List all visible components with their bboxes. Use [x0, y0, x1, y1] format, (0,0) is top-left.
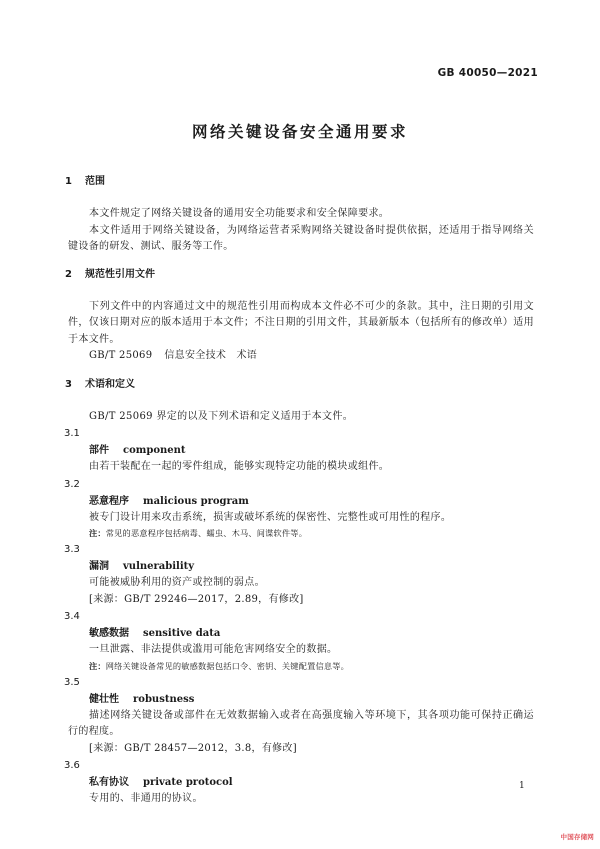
note-text: 网络关键设备常见的敏感数据包括口令、密钥、关键配置信息等。	[106, 661, 349, 671]
term-note: 注：常见的恶意程序包括病毒、蠕虫、木马、间谍软件等。	[68, 526, 534, 541]
term-definition: 由若干装配在一起的零件组成，能够实现特定功能的模块或组件。	[68, 459, 534, 476]
section-title: 范围	[85, 176, 105, 187]
term-en: robustness	[133, 694, 194, 705]
section-1-heading: 1范围	[65, 173, 534, 191]
term-number: 3.2	[64, 476, 534, 493]
term-number: 3.1	[64, 425, 534, 442]
section-title: 术语和定义	[85, 379, 135, 390]
term-name: 健壮性robustness	[68, 691, 534, 708]
term-definition: 被专门设计用来攻击系统，损害或破坏系统的保密性、完整性或可用性的程序。	[68, 510, 534, 527]
term-en: private protocol	[143, 777, 233, 788]
term-definition: 专用的、非通用的协议。	[68, 791, 534, 808]
section-2-heading: 2规范性引用文件	[65, 266, 534, 284]
section-number: 1	[65, 173, 85, 191]
paragraph: 下列文件中的内容通过文中的规范性引用而构成本文件必不可少的条款。其中，注日期的引…	[68, 299, 534, 349]
page-number: 1	[519, 781, 525, 791]
term-definition: 描述网络关键设备或部件在无效数据输入或者在高强度输入等环境下，其各项功能可保持正…	[68, 708, 534, 741]
term-name: 漏洞vulnerability	[68, 558, 534, 575]
reference-title: 信息安全技术 术语	[164, 350, 257, 361]
term-name: 部件component	[68, 442, 534, 459]
term-zh: 部件	[89, 445, 109, 456]
section-3-heading: 3术语和定义	[65, 376, 534, 394]
section-number: 3	[65, 376, 85, 394]
term-en: vulnerability	[123, 561, 194, 572]
standard-code: GB 40050—2021	[438, 67, 538, 79]
normative-reference: GB/T 25069信息安全技术 术语	[68, 348, 534, 365]
paragraph: 本文件适用于网络关键设备，为网络运营者采购网络关键设备时提供依据，还适用于指导网…	[68, 223, 534, 256]
note-label: 注：	[89, 661, 106, 671]
reference-code: GB/T 25069	[89, 350, 152, 361]
term-name: 私有协议private protocol	[68, 774, 534, 791]
document-body: 1范围 本文件规定了网络关键设备的通用安全功能要求和安全保障要求。 本文件适用于…	[68, 173, 534, 808]
watermark-logo: 中国存储网	[561, 832, 595, 841]
section-title: 规范性引用文件	[85, 269, 155, 280]
note-text: 常见的恶意程序包括病毒、蠕虫、木马、间谍软件等。	[106, 528, 307, 538]
term-en: malicious program	[143, 496, 249, 507]
term-zh: 私有协议	[89, 777, 129, 788]
term-number: 3.4	[64, 608, 534, 625]
term-note: 注：网络关键设备常见的敏感数据包括口令、密钥、关键配置信息等。	[68, 659, 534, 674]
paragraph: 本文件规定了网络关键设备的通用安全功能要求和安全保障要求。	[68, 206, 534, 223]
term-zh: 漏洞	[89, 561, 109, 572]
term-source: [来源：GB/T 28457—2012，3.8，有修改]	[68, 741, 534, 758]
document-title: 网络关键设备安全通用要求	[0, 120, 600, 142]
term-en: component	[123, 445, 186, 456]
term-zh: 敏感数据	[89, 628, 129, 639]
term-number: 3.5	[64, 674, 534, 691]
term-number: 3.3	[64, 541, 534, 558]
term-zh: 恶意程序	[89, 496, 129, 507]
watermark-text: 中国存储网	[561, 833, 595, 841]
term-name: 恶意程序malicious program	[68, 493, 534, 510]
term-zh: 健壮性	[89, 694, 119, 705]
term-name: 敏感数据sensitive data	[68, 625, 534, 642]
term-source: [来源：GB/T 29246—2017，2.89，有修改]	[68, 592, 534, 609]
document-page: GB 40050—2021 网络关键设备安全通用要求 1范围 本文件规定了网络关…	[0, 0, 600, 849]
note-label: 注：	[89, 528, 106, 538]
term-number: 3.6	[64, 757, 534, 774]
term-definition: 一旦泄露、非法提供或滥用可能危害网络安全的数据。	[68, 642, 534, 659]
term-definition: 可能被威胁利用的资产或控制的弱点。	[68, 575, 534, 592]
section-number: 2	[65, 266, 85, 284]
paragraph: GB/T 25069 界定的以及下列术语和定义适用于本文件。	[68, 409, 534, 426]
term-en: sensitive data	[143, 628, 220, 639]
